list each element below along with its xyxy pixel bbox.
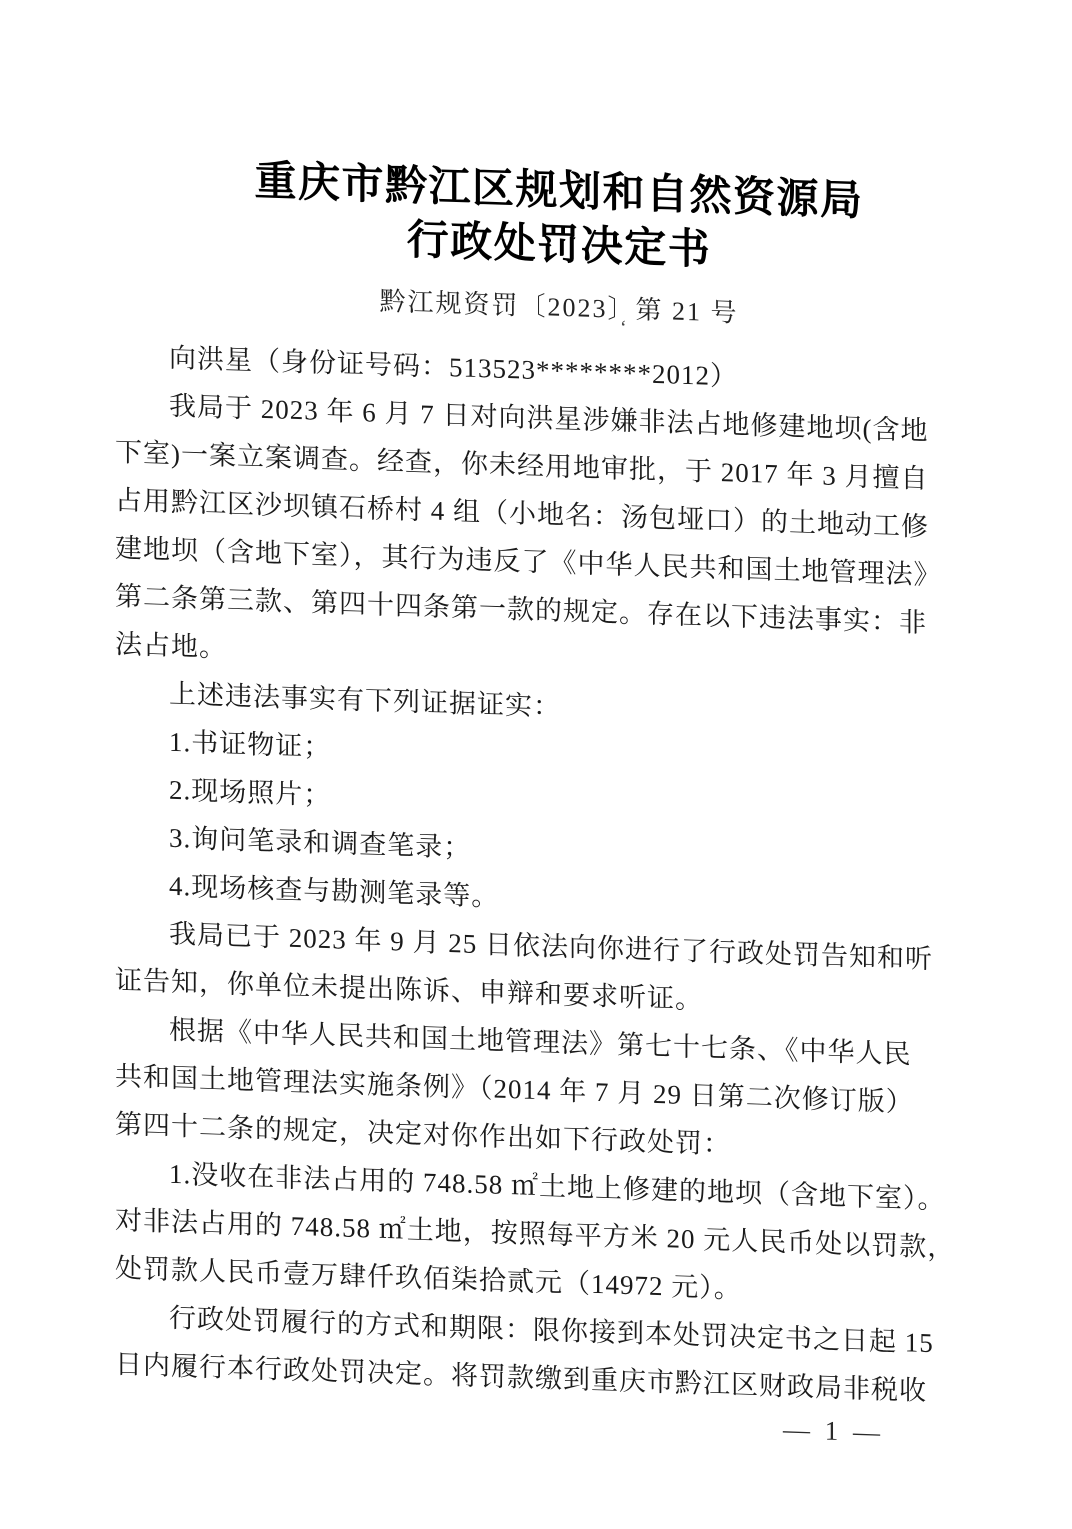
page-number: — 1 — xyxy=(783,1414,884,1448)
scan-artifact-mark: ʻ xyxy=(620,317,627,340)
document-sheet: 重庆市黔江区规划和自然资源局 行政处罚决定书 黔江规资罚〔2023〕第 21 号… xyxy=(115,150,963,178)
document-header: 重庆市黔江区规划和自然资源局 行政处罚决定书 黔江规资罚〔2023〕第 21 号 xyxy=(135,151,983,338)
scanned-document-page: 重庆市黔江区规划和自然资源局 行政处罚决定书 黔江规资罚〔2023〕第 21 号… xyxy=(0,0,1072,1529)
document-body: 向洪星（身份证号码：513523********2012） 我局于 2023 年… xyxy=(115,332,963,1416)
